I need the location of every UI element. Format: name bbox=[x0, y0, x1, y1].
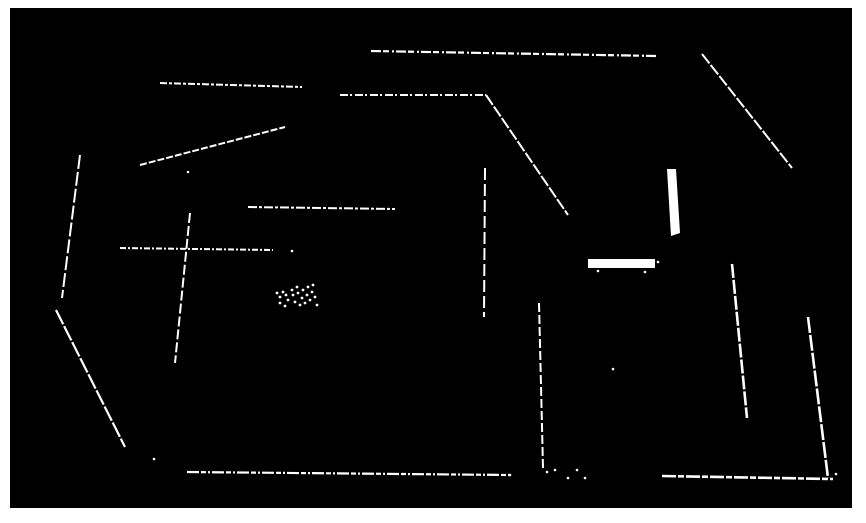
speckle-cluster-dot bbox=[302, 289, 305, 292]
speckle-cluster-dot bbox=[296, 286, 299, 289]
stray-dot bbox=[509, 474, 512, 477]
stray-dot bbox=[567, 477, 570, 480]
speckle-cluster-dot bbox=[307, 286, 310, 289]
speckle-cluster-dot bbox=[309, 299, 312, 302]
speckle-cluster-dot bbox=[292, 294, 295, 297]
stray-dot bbox=[657, 261, 660, 264]
speckle-cluster-dot bbox=[279, 302, 282, 305]
speckle-cluster-dot bbox=[314, 296, 317, 299]
speckle-cluster-dot bbox=[276, 292, 279, 295]
speckle-cluster-dot bbox=[299, 304, 302, 307]
bright-horizontal-bar bbox=[588, 259, 655, 268]
stray-dot bbox=[597, 270, 600, 273]
speckle-cluster-dot bbox=[316, 304, 319, 307]
stray-dot bbox=[291, 250, 294, 253]
speckle-cluster-dot bbox=[282, 291, 285, 294]
stray-dot bbox=[554, 469, 557, 472]
stray-dot bbox=[576, 469, 579, 472]
speckle-cluster-dot bbox=[279, 296, 282, 299]
speckle-cluster-dot bbox=[287, 299, 290, 302]
stray-dot bbox=[584, 477, 587, 480]
stray-dot bbox=[187, 171, 190, 174]
speckle-cluster-dot bbox=[284, 305, 287, 308]
edge-map-canvas bbox=[0, 0, 866, 523]
speckle-cluster-dot bbox=[312, 284, 315, 287]
speckle-cluster-dot bbox=[306, 294, 309, 297]
speckle-cluster-dot bbox=[311, 291, 314, 294]
speckle-cluster-dot bbox=[285, 294, 288, 297]
speckle-cluster-dot bbox=[291, 289, 294, 292]
edge-map-figure bbox=[0, 0, 866, 523]
stray-dot bbox=[835, 473, 838, 476]
stray-dot bbox=[612, 368, 615, 371]
stray-dot bbox=[546, 471, 549, 474]
speckle-cluster-dot bbox=[297, 292, 300, 295]
stray-dot bbox=[153, 458, 156, 461]
speckle-cluster-dot bbox=[301, 297, 304, 300]
stray-dot bbox=[644, 271, 647, 274]
speckle-cluster-dot bbox=[304, 302, 307, 305]
speckle-cluster-dot bbox=[294, 301, 297, 304]
